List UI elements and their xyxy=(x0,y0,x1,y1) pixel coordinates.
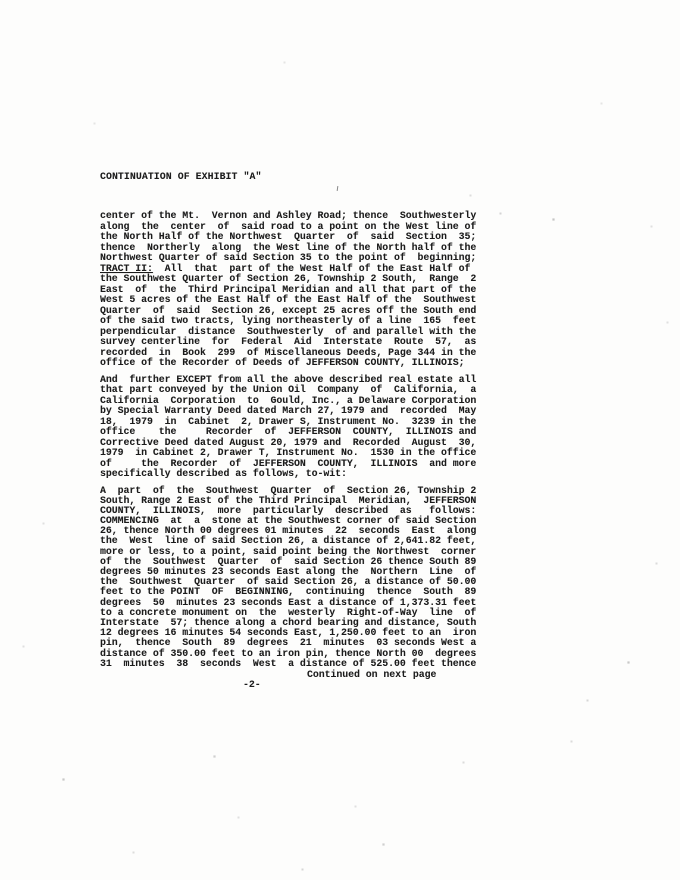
text-line: the Southwest Quarter of Section 26, Tow… xyxy=(100,274,476,285)
paragraph: And further EXCEPT from all the above de… xyxy=(100,375,476,480)
paragraph: center of the Mt. Vernon and Ashley Road… xyxy=(100,211,476,369)
text-line: office of the Recorder of Deeds of JEFFE… xyxy=(100,358,476,369)
text-line: pin, thence South 89 degrees 21 minutes … xyxy=(100,638,476,648)
page-number: -2- xyxy=(243,679,261,690)
text-line: of the said two tracts, lying northeaste… xyxy=(100,316,476,327)
text-line: office the Recorder of JEFFERSON COUNTY,… xyxy=(100,427,476,438)
text-line: survey centerline for Federal Aid Inters… xyxy=(100,337,476,348)
paragraph: A part of the Southwest Quarter of Secti… xyxy=(100,486,476,669)
scan-mark xyxy=(337,186,339,191)
text-line: specifically described as follows, to-wi… xyxy=(100,469,476,480)
scan-noise xyxy=(0,0,1,1)
text-line: by Special Warranty Deed dated March 27,… xyxy=(100,406,476,417)
text-line: the North Half of the Northwest Quarter … xyxy=(100,232,476,243)
text-segment: All that part of the West Half of the Ea… xyxy=(153,263,470,274)
document-body: center of the Mt. Vernon and Ashley Road… xyxy=(100,211,476,675)
document-title: CONTINUATION OF EXHIBIT "A" xyxy=(100,171,261,182)
document-page: CONTINUATION OF EXHIBIT "A" center of th… xyxy=(0,0,680,880)
underlined-text: TRACT II: xyxy=(100,263,153,274)
text-line: 1979 in Cabinet 2, Drawer T, Instrument … xyxy=(100,448,476,459)
text-line: 31 minutes 38 seconds West a distance of… xyxy=(100,659,476,669)
text-line: center of the Mt. Vernon and Ashley Road… xyxy=(100,211,476,222)
continued-note: Continued on next page xyxy=(307,669,436,680)
text-line: that part conveyed by the Union Oil Comp… xyxy=(100,385,476,396)
text-line: West 5 acres of the East Half of the Eas… xyxy=(100,295,476,306)
